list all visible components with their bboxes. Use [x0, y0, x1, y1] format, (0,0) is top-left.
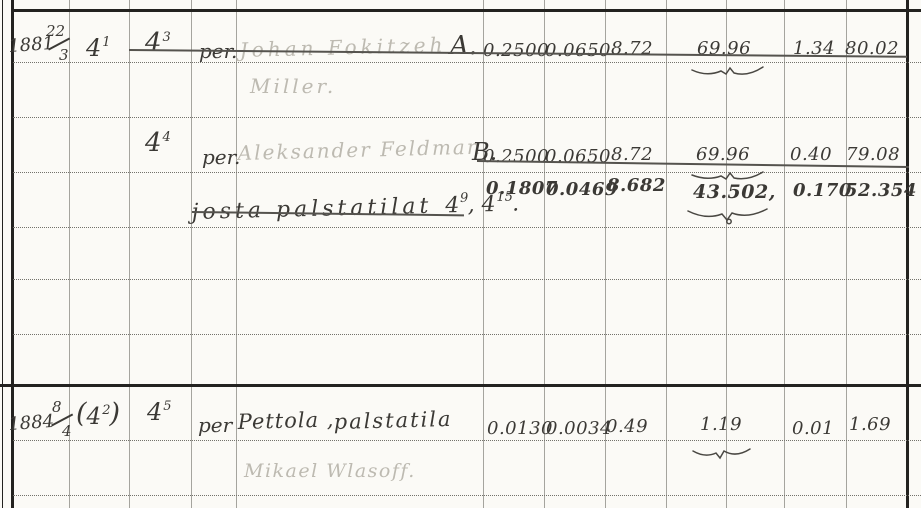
entry2-note: josta palstatilat 49, 415.: [191, 193, 519, 224]
entry1-marker-letter: A.: [450, 33, 477, 59]
grid-vline: [666, 0, 667, 508]
entry3-value-1: 0.0130: [487, 420, 553, 438]
entry3-parcel-ref-old: (42): [76, 402, 120, 429]
entry2-value-total: 79.08: [846, 146, 900, 164]
top-rule: [12, 9, 921, 12]
entry3-parcel-ref: 45: [147, 400, 171, 424]
grid-vline: [236, 0, 237, 508]
entry2-revised-4: 43.502,: [693, 183, 776, 202]
ledger-page: 1881 22 3 41 43 per. Johan Fokitzeh Mill…: [0, 0, 921, 508]
entry3-underbrace-flourish: [691, 446, 753, 462]
entry3-date-day: 8: [52, 398, 62, 416]
guide-line: [13, 117, 921, 118]
entry3-parcel-type: palstatila: [333, 409, 452, 433]
row-divider-rule: [0, 384, 921, 387]
guide-line: [13, 227, 921, 228]
entry3-per-label: per: [198, 415, 232, 435]
guide-line: [13, 334, 921, 335]
entry2-value-1: 0.2500: [483, 148, 549, 166]
entry2-revised-5: 0.170: [793, 182, 852, 200]
grid-vline: [846, 0, 847, 508]
entry3-value-4: 1.19: [700, 416, 742, 434]
guide-line: [13, 62, 921, 63]
entry2-revised-3: 8.682: [607, 177, 666, 195]
entry3-date-fraction: 8 4: [48, 398, 78, 442]
entry2-per-label: per.: [202, 147, 240, 167]
entry1-date-month: 3: [59, 46, 69, 64]
entry2-revised-total: 52.354: [845, 182, 917, 200]
entry3-value-total: 1.69: [849, 416, 891, 434]
entry3-grantee-name2: Mikael Wlasoff.: [244, 462, 416, 481]
entry3-value-3: 0.49: [606, 418, 648, 436]
entry2-note-text: josta palstatilat: [191, 194, 432, 225]
guide-line: [13, 440, 921, 441]
grid-vline: [191, 0, 192, 508]
entry2-underbrace-flourish: [686, 206, 770, 225]
entry3-grantee-name: Pettola ,: [237, 409, 334, 433]
entry1-grantee-name: Johan Fokitzeh: [239, 35, 446, 60]
guide-line: [13, 279, 921, 280]
entry2-note-ref2: 415: [481, 192, 512, 218]
entry3-value-5: 0.01: [792, 420, 834, 438]
entry3-value-2: 0.0034: [546, 420, 612, 438]
entry2-parcel-ref: 44: [145, 130, 170, 156]
entry2-grantee-name: Aleksander Feldman: [237, 137, 481, 163]
entry1-underline-flourish: [690, 64, 766, 80]
grid-vline: [784, 0, 785, 508]
entry2-value-4: 69.96: [696, 146, 750, 164]
margin-rule-outer: [2, 0, 3, 508]
grid-vline: [483, 0, 484, 508]
right-edge-rule: [906, 0, 909, 508]
guide-line: [13, 495, 921, 496]
entry3-date-month: 4: [62, 422, 72, 440]
entry2-value-5: 0.40: [790, 146, 832, 164]
guide-line: [13, 172, 921, 173]
grid-vline: [129, 0, 130, 508]
entry1-value-area: 0.2500: [483, 42, 549, 60]
entry1-date-day: 22: [46, 22, 65, 40]
entry1-value-tax: 0.0650: [545, 42, 611, 60]
entry1-parcel-ref: 43: [145, 30, 170, 56]
entry1-parcel-ref-old: 41: [86, 36, 110, 60]
entry1-date-fraction: 22 3: [45, 22, 75, 66]
entry1-grantee-name2: Miller.: [250, 76, 336, 96]
